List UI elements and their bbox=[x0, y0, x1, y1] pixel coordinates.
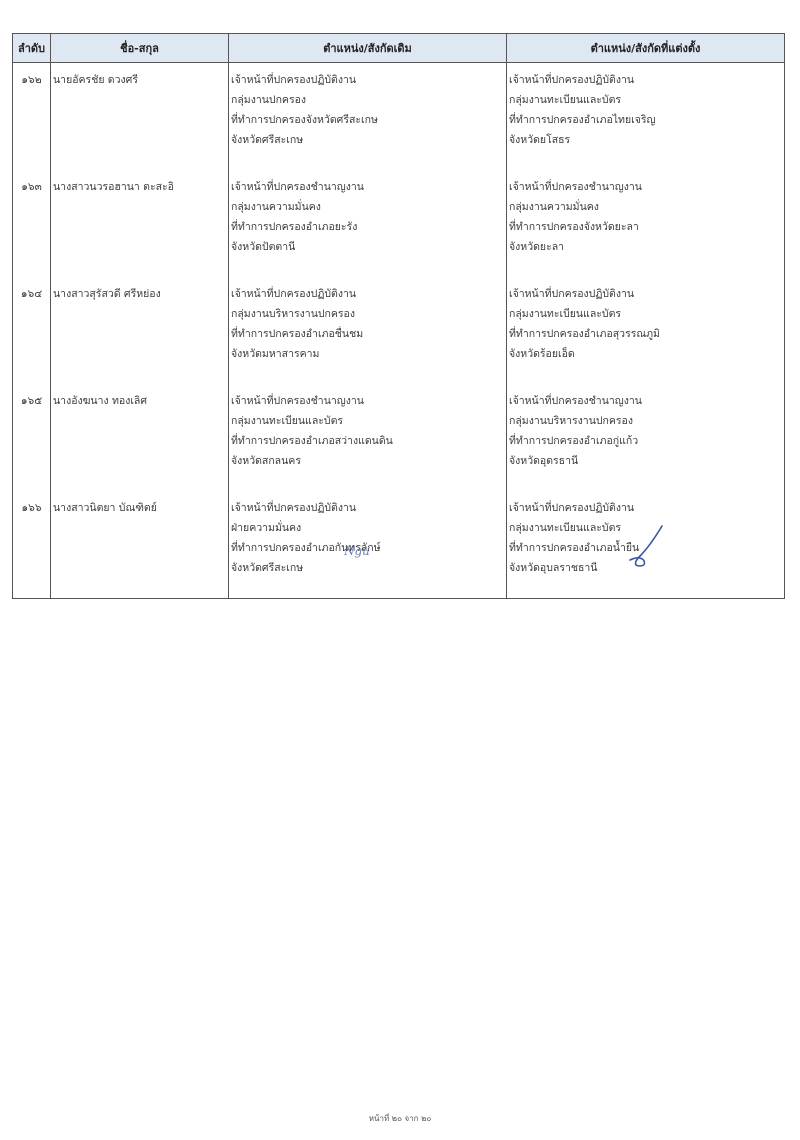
new-position-line: กลุ่มงานทะเบียนและบัตร bbox=[509, 90, 782, 110]
old-position-cell: เจ้าหน้าที่ปกครองปฏิบัติงานกลุ่มงานปกครอ… bbox=[229, 63, 507, 171]
new-position-line: เจ้าหน้าที่ปกครองปฏิบัติงาน bbox=[509, 70, 782, 90]
new-position-line: จังหวัดอุดรธานี bbox=[509, 451, 782, 471]
table-row: ๑๖๒นายอัครชัย ดวงศรีเจ้าหน้าที่ปกครองปฏิ… bbox=[13, 63, 785, 171]
row-number: ๑๖๖ bbox=[13, 491, 51, 599]
table-row: ๑๖๓นางสาวนวรอฮานา ตะสะอิเจ้าหน้าที่ปกครอ… bbox=[13, 170, 785, 277]
row-number: ๑๖๕ bbox=[13, 384, 51, 491]
old-position-line: ที่ทำการปกครองอำเภอยะรัง bbox=[231, 217, 504, 237]
new-position-line: เจ้าหน้าที่ปกครองชำนาญงาน bbox=[509, 391, 782, 411]
header-no: ลำดับ bbox=[13, 34, 51, 63]
new-position-line: กลุ่มงานบริหารงานปกครอง bbox=[509, 411, 782, 431]
old-position-line: เจ้าหน้าที่ปกครองชำนาญงาน bbox=[231, 177, 504, 197]
header-new-position: ตำแหน่ง/สังกัดที่แต่งตั้ง bbox=[507, 34, 785, 63]
old-position-line: กลุ่มงานทะเบียนและบัตร bbox=[231, 411, 504, 431]
header-old-position: ตำแหน่ง/สังกัดเดิม bbox=[229, 34, 507, 63]
old-position-line: ที่ทำการปกครองจังหวัดศรีสะเกษ bbox=[231, 110, 504, 130]
old-position-line: เจ้าหน้าที่ปกครองปฏิบัติงาน bbox=[231, 498, 504, 518]
new-position-line: ที่ทำการปกครองอำเภอสุวรรณภูมิ bbox=[509, 324, 782, 344]
old-position-line: จังหวัดศรีสะเกษ bbox=[231, 130, 504, 150]
new-position-cell: เจ้าหน้าที่ปกครองปฏิบัติงานกลุ่มงานทะเบี… bbox=[507, 277, 785, 384]
old-position-line: ที่ทำการปกครองอำเภอชื่นชม bbox=[231, 324, 504, 344]
person-name: นายอัครชัย ดวงศรี bbox=[51, 63, 229, 171]
old-position-line: กลุ่มงานปกครอง bbox=[231, 90, 504, 110]
signature-initial-1: Ngu bbox=[344, 544, 370, 558]
table-row: ๑๖๕นางอังฆนาง ทองเลิศเจ้าหน้าที่ปกครองชำ… bbox=[13, 384, 785, 491]
old-position-line: เจ้าหน้าที่ปกครองปฏิบัติงาน bbox=[231, 284, 504, 304]
new-position-cell: เจ้าหน้าที่ปกครองชำนาญงานกลุ่มงานความมั่… bbox=[507, 170, 785, 277]
person-name: นางสาวนิตยา บัณฑิตย์ bbox=[51, 491, 229, 599]
old-position-line: ฝ่ายความมั่นคง bbox=[231, 518, 504, 538]
new-position-line: จังหวัดยโสธร bbox=[509, 130, 782, 150]
page-number: หน้าที่ ๒๐ จาก ๒๐ bbox=[0, 1112, 800, 1125]
old-position-line: จังหวัดมหาสารคาม bbox=[231, 344, 504, 364]
appointment-table: ลำดับ ชื่อ-สกุล ตำแหน่ง/สังกัดเดิม ตำแหน… bbox=[12, 33, 785, 599]
new-position-line: จังหวัดยะลา bbox=[509, 237, 782, 257]
new-position-line: เจ้าหน้าที่ปกครองชำนาญงาน bbox=[509, 177, 782, 197]
new-position-line: จังหวัดร้อยเอ็ด bbox=[509, 344, 782, 364]
old-position-cell: เจ้าหน้าที่ปกครองชำนาญงานกลุ่มงานความมั่… bbox=[229, 170, 507, 277]
table-header-row: ลำดับ ชื่อ-สกุล ตำแหน่ง/สังกัดเดิม ตำแหน… bbox=[13, 34, 785, 63]
old-position-line: จังหวัดศรีสะเกษ bbox=[231, 558, 504, 578]
old-position-line: กลุ่มงานบริหารงานปกครอง bbox=[231, 304, 504, 324]
signature-initial-2 bbox=[628, 524, 668, 568]
new-position-line: เจ้าหน้าที่ปกครองปฏิบัติงาน bbox=[509, 284, 782, 304]
new-position-cell: เจ้าหน้าที่ปกครองชำนาญงานกลุ่มงานบริหารง… bbox=[507, 384, 785, 491]
new-position-line: เจ้าหน้าที่ปกครองปฏิบัติงาน bbox=[509, 498, 782, 518]
person-name: นางสาวสุรัสวดี ศรีหย่อง bbox=[51, 277, 229, 384]
old-position-line: เจ้าหน้าที่ปกครองปฏิบัติงาน bbox=[231, 70, 504, 90]
old-position-line: กลุ่มงานความมั่นคง bbox=[231, 197, 504, 217]
new-position-line: กลุ่มงานทะเบียนและบัตร bbox=[509, 304, 782, 324]
table-row: ๑๖๔นางสาวสุรัสวดี ศรีหย่องเจ้าหน้าที่ปกค… bbox=[13, 277, 785, 384]
new-position-line: กลุ่มงานความมั่นคง bbox=[509, 197, 782, 217]
person-name: นางสาวนวรอฮานา ตะสะอิ bbox=[51, 170, 229, 277]
old-position-line: เจ้าหน้าที่ปกครองชำนาญงาน bbox=[231, 391, 504, 411]
table-row: ๑๖๖นางสาวนิตยา บัณฑิตย์เจ้าหน้าที่ปกครอง… bbox=[13, 491, 785, 599]
person-name: นางอังฆนาง ทองเลิศ bbox=[51, 384, 229, 491]
row-number: ๑๖๓ bbox=[13, 170, 51, 277]
new-position-line: ที่ทำการปกครองจังหวัดยะลา bbox=[509, 217, 782, 237]
old-position-line: จังหวัดสกลนคร bbox=[231, 451, 504, 471]
old-position-cell: เจ้าหน้าที่ปกครองชำนาญงานกลุ่มงานทะเบียน… bbox=[229, 384, 507, 491]
new-position-cell: เจ้าหน้าที่ปกครองปฏิบัติงานกลุ่มงานทะเบี… bbox=[507, 63, 785, 171]
old-position-cell: เจ้าหน้าที่ปกครองปฏิบัติงานกลุ่มงานบริหา… bbox=[229, 277, 507, 384]
old-position-line: จังหวัดปัตตานี bbox=[231, 237, 504, 257]
new-position-line: ที่ทำการปกครองอำเภอกู่แก้ว bbox=[509, 431, 782, 451]
row-number: ๑๖๔ bbox=[13, 277, 51, 384]
old-position-line: ที่ทำการปกครองอำเภอสว่างแดนดิน bbox=[231, 431, 504, 451]
new-position-line: ที่ทำการปกครองอำเภอไทยเจริญ bbox=[509, 110, 782, 130]
row-number: ๑๖๒ bbox=[13, 63, 51, 171]
header-name: ชื่อ-สกุล bbox=[51, 34, 229, 63]
